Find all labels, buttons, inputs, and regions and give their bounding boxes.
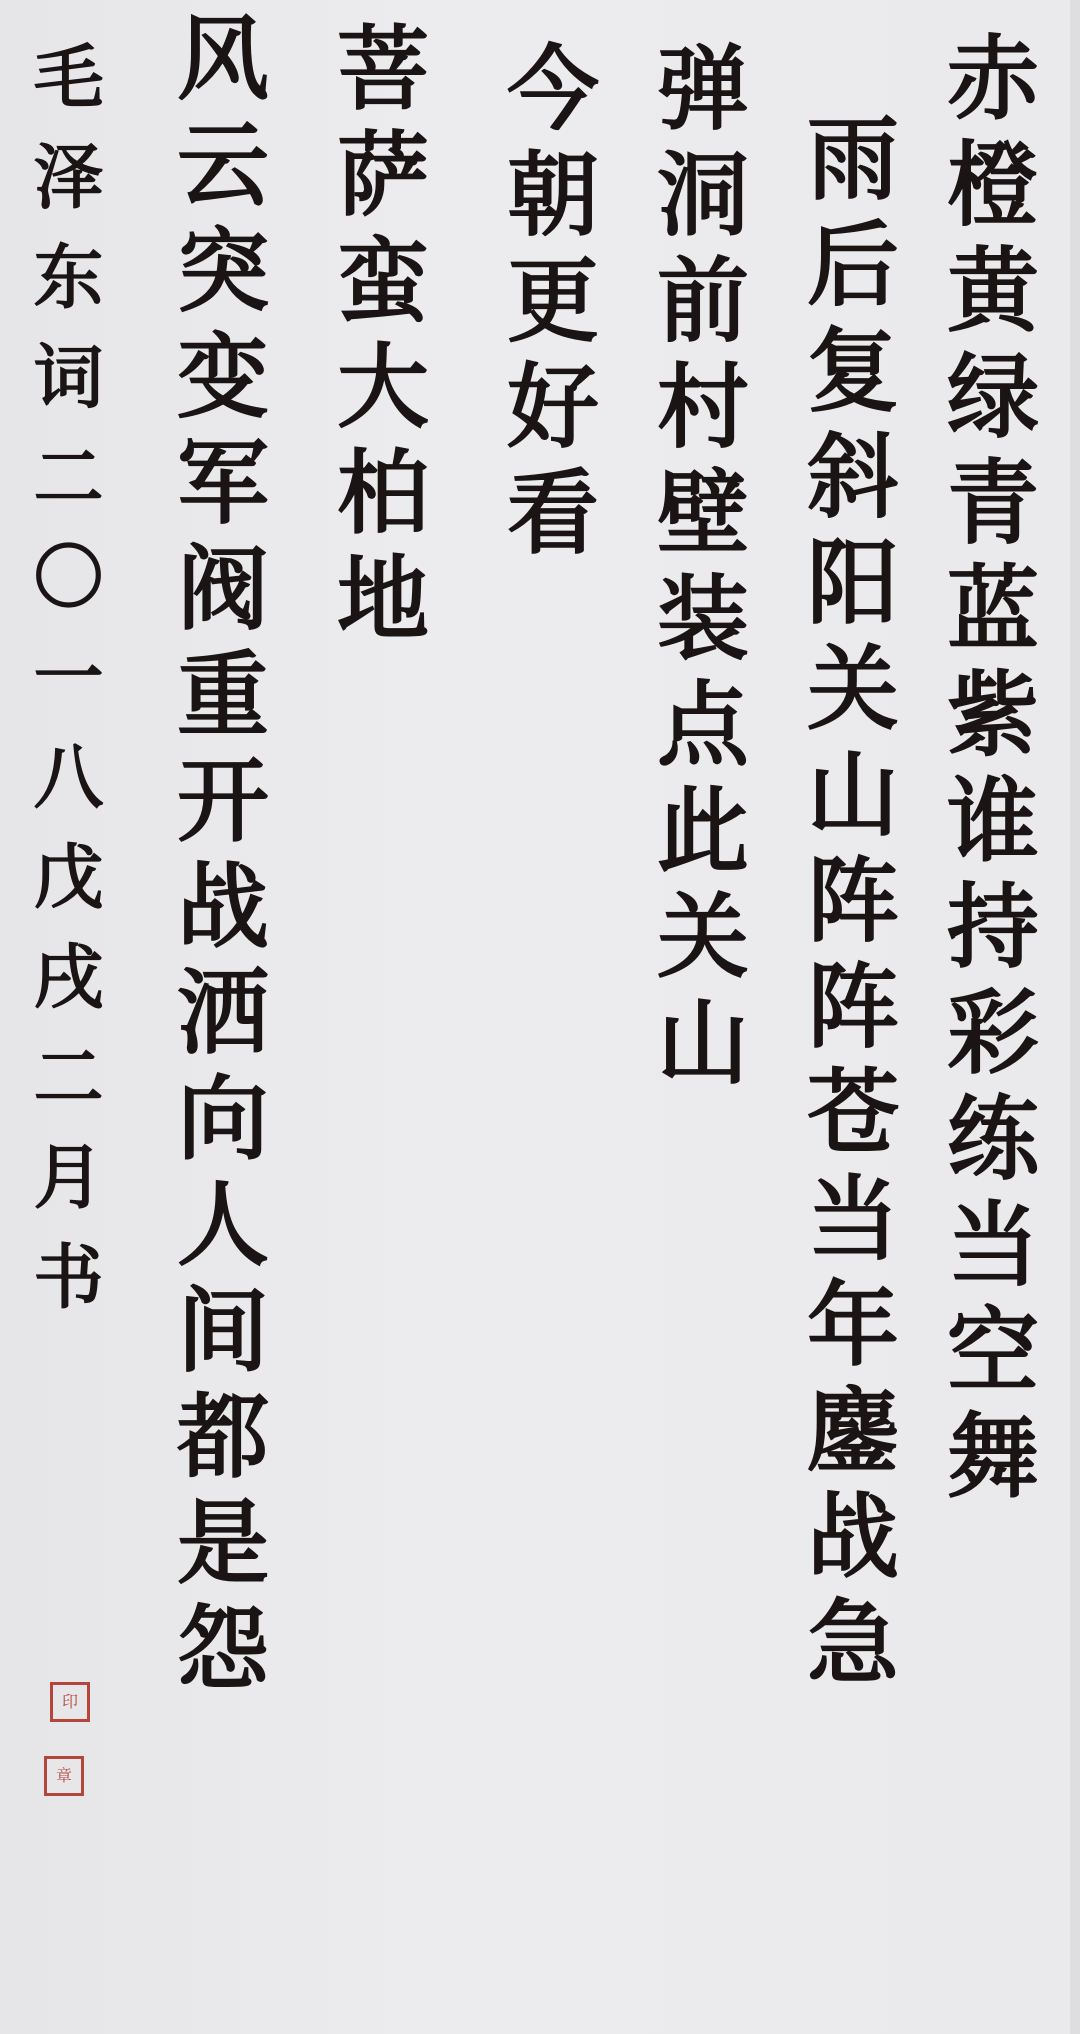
inscription-column: 毛泽东词二〇一八戊戌二月书 [28,40,98,1340]
paper-edge [1070,0,1080,2034]
calligraphy-column-3: 弹洞前村壁装点此关山 [650,40,742,1100]
calligraphy-column-6: 风云突变军阀重开战洒向人间都是怨 [170,10,262,1706]
calligraphy-column-2: 雨后复斜阳关山阵阵苍当年鏖战急 [800,110,892,1700]
seal-lower: 章 [44,1756,84,1796]
seal-upper: 印 [50,1682,90,1722]
calligraphy-column-4: 今朝更好看 [500,40,592,570]
calligraphy-column-1: 赤橙黄绿青蓝紫谁持彩练当空舞 [940,30,1032,1514]
